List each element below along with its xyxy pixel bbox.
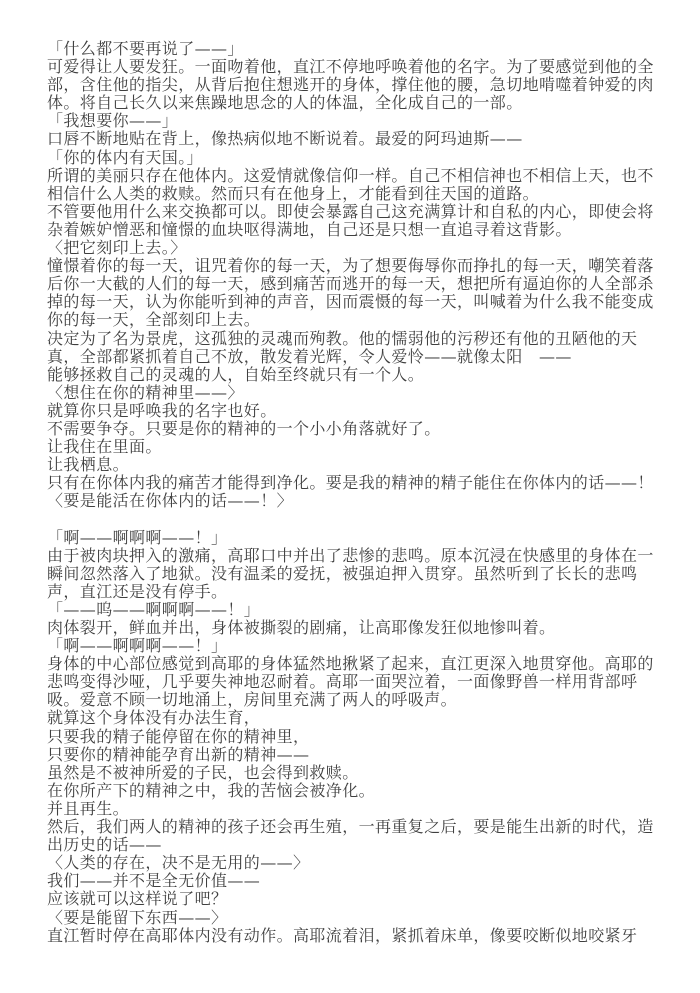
text-line: 后你一大截的人们的每一天，感到痛苦而逃开的每一天，想把所有逼迫你的人全部杀 (47, 275, 665, 293)
text-line: 不管要他用什么来交换都可以。即使会暴露自己这充满算计和自私的内心，即使会将 (47, 203, 665, 221)
text-line: 相信什么人类的救赎。然而只有在他身上，才能看到往天国的道路。 (47, 185, 665, 203)
text-line: 〈人类的存在，决不是无用的——〉 (47, 854, 665, 872)
text-line: 〈想住在你的精神里——〉 (47, 384, 665, 402)
text-line: 只要你的精神能孕育出新的精神—— (47, 746, 665, 764)
text-line: 就算你只是呼唤我的名字也好。 (47, 402, 665, 420)
text-line: 由于被肉块押入的激痛，高耶口中并出了悲惨的悲鸣。原本沉浸在快感里的身体在一 (47, 547, 665, 565)
text-line: 让我栖息。 (47, 456, 665, 474)
text-line: 就算这个身体没有办法生育， (47, 709, 665, 727)
text-line: 〈要是能留下东西——〉 (47, 909, 665, 927)
text-line: 声，直江还是没有停手。 (47, 583, 665, 601)
text-line: 吸。爱意不顾一切地涌上，房间里充满了两人的呼吸声。 (47, 691, 665, 709)
text-line: 可爱得让人要发狂。一面吻着他，直江不停地呼唤着他的名字。为了要感觉到他的全 (47, 58, 665, 76)
text-line: 能够拯救自己的灵魂的人，自始至终就只有一个人。 (47, 366, 665, 384)
text-line: 「啊——啊啊啊——！」 (47, 637, 665, 655)
text-line: 肉体裂开，鲜血并出，身体被撕裂的剧痛，让高耶像发狂似地惨叫着。 (47, 619, 665, 637)
text-line: 决定为了名为景虎，这孤独的灵魂而殉教。他的懦弱他的污秽还有他的丑陋他的天 (47, 330, 665, 348)
text-line: 只有在你体内我的痛苦才能得到净化。要是我的精神的精子能住在你体内的话——！ (47, 474, 665, 492)
text-line: 并且再生。 (47, 800, 665, 818)
text-block: 「什么都不要再说了——」可爱得让人要发狂。一面吻着他，直江不停地呼唤着他的名字。… (47, 40, 665, 945)
text-line: 然后，我们两人的精神的孩子还会再生殖，一再重复之后，要是能生出新的时代，造 (47, 818, 665, 836)
text-line: 掉的每一天，认为你能听到神的声音，因而震慑的每一天，叫喊着为什么我不能变成 (47, 293, 665, 311)
text-line: 应该就可以这样说了吧？ (47, 890, 665, 908)
text-line: 「什么都不要再说了——」 (47, 40, 665, 58)
text-line: 身体的中心部位感觉到高耶的身体猛然地揪紧了起来，直江更深入地贯穿他。高耶的 (47, 655, 665, 673)
text-line: 让我住在里面。 (47, 438, 665, 456)
text-line: 我们——并不是全无价值—— (47, 872, 665, 890)
document-page: 「什么都不要再说了——」可爱得让人要发狂。一面吻着他，直江不停地呼唤着他的名字。… (0, 0, 700, 993)
text-line: 所谓的美丽只存在他体内。这爱情就像信仰一样。自己不相信神也不相信上天，也不 (47, 167, 665, 185)
text-line: 憧憬着你的每一天，诅咒着你的每一天，为了想要侮辱你而挣扎的每一天，嘲笑着落 (47, 257, 665, 275)
text-line: 真，全部都紧抓着自己不放，散发着光辉，令人爱怜——就像太阳 —— (47, 348, 665, 366)
text-line: 在你所产下的精神之中，我的苦恼会被净化。 (47, 782, 665, 800)
text-line: 虽然是不被神所爱的子民，也会得到救赎。 (47, 764, 665, 782)
text-line: 「——呜——啊啊啊——！」 (47, 601, 665, 619)
text-line: 「我想要你——」 (47, 112, 665, 130)
text-line: 〈要是能活在你体内的话——！〉 (47, 492, 665, 510)
text-line: 直江暂时停在高耶体内没有动作。高耶流着泪，紧抓着床单，像要咬断似地咬紧牙 (47, 927, 665, 945)
text-line: 杂着嫉妒憎恶和憧憬的血块呕得满地，自己还是只想一直追寻着这背影。 (47, 221, 665, 239)
text-line: 只要我的精子能停留在你的精神里， (47, 728, 665, 746)
text-line: 体。将自己长久以来焦躁地思念的人的体温，全化成自己的一部。 (47, 94, 665, 112)
text-line: 〈把它刻印上去。〉 (47, 239, 665, 257)
text-line: 瞬间忽然落入了地狱。没有温柔的爱抚，被强迫押入贯穿。虽然听到了长长的悲鸣 (47, 565, 665, 583)
text-line: 「啊——啊啊啊——！」 (47, 529, 665, 547)
text-line: 口唇不断地贴在背上，像热病似地不断说着。最爱的阿玛迪斯—— (47, 130, 665, 148)
text-line: 部，含住他的指尖，从背后抱住想逃开的身体，撑住他的腰，急切地啃噬着钟爱的肉 (47, 76, 665, 94)
text-line: 不需要争夺。只要是你的精神的一个小小角落就好了。 (47, 420, 665, 438)
text-line: 你的每一天，全部刻印上去。 (47, 311, 665, 329)
text-line: 「你的体内有天国。」 (47, 149, 665, 167)
text-line: 悲鸣变得沙哑，几乎要失神地忍耐着。高耶一面哭泣着，一面像野兽一样用背部呼 (47, 673, 665, 691)
text-line (47, 510, 665, 528)
text-line: 出历史的话—— (47, 836, 665, 854)
